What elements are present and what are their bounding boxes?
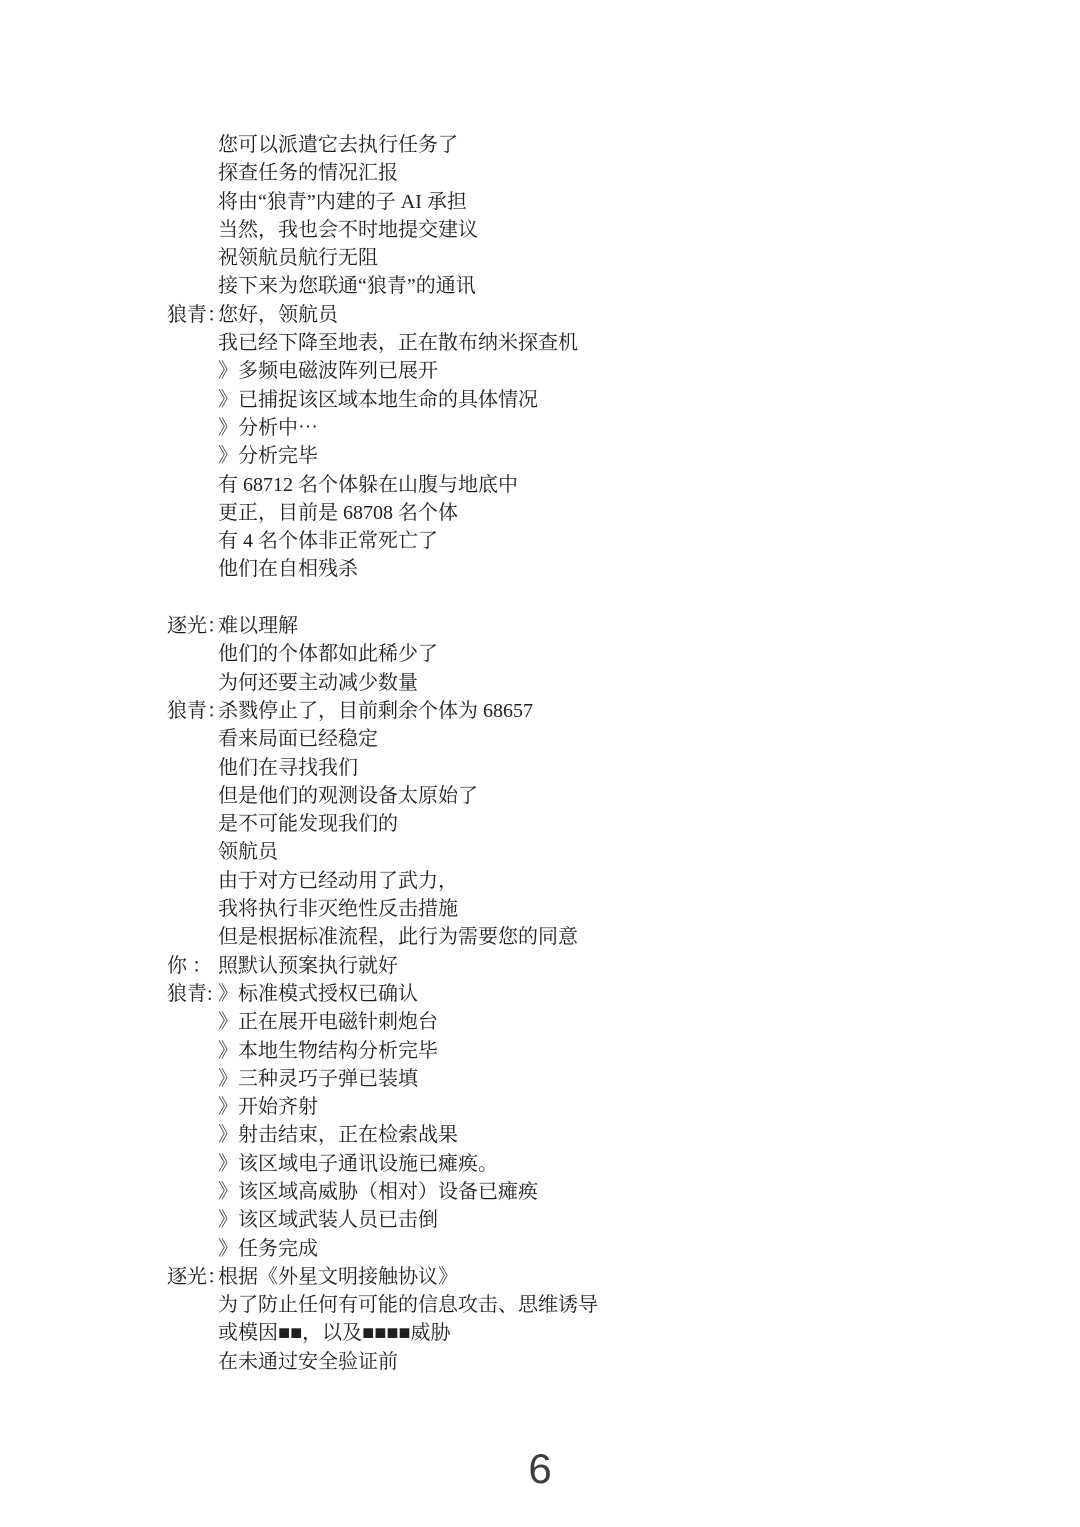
line-text: 有 68712 名个体躲在山腹与地底中 [218,471,518,499]
dialogue-line: 》该区域电子通讯设施已瘫痪。 [167,1150,598,1178]
dialogue-line: 逐光：难以理解 [167,612,598,640]
line-text: 我将执行非灭绝性反击措施 [218,895,458,923]
dialogue-line: 祝领航员航行无阻 [167,244,598,272]
document-page: 您可以派遣它去执行任务了探查任务的情况汇报将由“狼青”内建的子 AI 承担当然，… [0,0,1080,1527]
line-text: 您可以派遣它去执行任务了 [218,131,458,159]
line-text: 或模因■■，以及■■■■威胁 [218,1319,450,1347]
dialogue-line: 狼青:》标准模式授权已确认 [167,980,598,1008]
dialogue-line: 当然，我也会不时地提交建议 [167,216,598,244]
dialogue-line: 或模因■■，以及■■■■威胁 [167,1319,598,1347]
dialogue-line: 狼青：您好，领航员 [167,301,598,329]
line-text: 照默认预案执行就好 [218,952,398,980]
line-text: 探查任务的情况汇报 [218,159,398,187]
line-text: 根据《外星文明接触协议》 [218,1263,458,1291]
dialogue-line: 领航员 [167,838,598,866]
line-text: 将由“狼青”内建的子 AI 承担 [218,188,467,216]
line-text: 他们在自相残杀 [218,555,358,583]
dialogue-line: 你 ：照默认预案执行就好 [167,952,598,980]
dialogue-line: 》三种灵巧子弹已装填 [167,1065,598,1093]
speaker-label: 逐光： [167,612,218,640]
line-text: 》正在展开电磁针刺炮台 [218,1008,438,1036]
dialogue-line: 》开始齐射 [167,1093,598,1121]
line-text: 他们的个体都如此稀少了 [218,640,438,668]
dialogue-line: 》射击结束，正在检索战果 [167,1121,598,1149]
line-text: 更正，目前是 68708 名个体 [218,499,458,527]
line-text: 有 4 名个体非正常死亡了 [218,527,438,555]
line-text: 》射击结束，正在检索战果 [218,1121,458,1149]
line-text: 我已经下降至地表，正在散布纳米探查机 [218,329,578,357]
line-text: 他们在寻找我们 [218,754,358,782]
dialogue-line: 为了防止任何有可能的信息攻击、思维诱导 [167,1291,598,1319]
dialogue-line: 逐光：根据《外星文明接触协议》 [167,1263,598,1291]
dialogue-line: 》正在展开电磁针刺炮台 [167,1008,598,1036]
dialogue-line: 》该区域武装人员已击倒 [167,1206,598,1234]
line-text: 》多频电磁波阵列已展开 [218,357,438,385]
line-text: 为何还要主动减少数量 [218,669,418,697]
line-text: 领航员 [218,838,278,866]
dialogue-line: 将由“狼青”内建的子 AI 承担 [167,188,598,216]
speaker-label: 狼青: [167,980,218,1008]
line-text: 但是根据标准流程，此行为需要您的同意 [218,923,578,951]
line-text: 看来局面已经稳定 [218,725,378,753]
dialogue-line: 我将执行非灭绝性反击措施 [167,895,598,923]
dialogue-line: 看来局面已经稳定 [167,725,598,753]
line-text: 接下来为您联通“狼青”的通讯 [218,272,476,300]
line-text: 》分析完毕 [218,442,318,470]
dialogue-line: 他们的个体都如此稀少了 [167,640,598,668]
blank-line [167,584,598,612]
dialogue-text: 您可以派遣它去执行任务了探查任务的情况汇报将由“狼青”内建的子 AI 承担当然，… [167,131,598,1376]
line-text: 》已捕捉该区域本地生命的具体情况 [218,386,538,414]
line-text: 》该区域高威胁（相对）设备已瘫痪 [218,1178,538,1206]
dialogue-line: 我已经下降至地表，正在散布纳米探查机 [167,329,598,357]
dialogue-line: 有 4 名个体非正常死亡了 [167,527,598,555]
dialogue-line: 但是根据标准流程，此行为需要您的同意 [167,923,598,951]
line-text: 》任务完成 [218,1235,318,1263]
speaker-label: 狼青： [167,697,218,725]
line-text: 杀戮停止了，目前剩余个体为 68657 [218,697,533,725]
dialogue-line: 》已捕捉该区域本地生命的具体情况 [167,386,598,414]
line-text: 难以理解 [218,612,298,640]
line-text: 祝领航员航行无阻 [218,244,378,272]
dialogue-line: 有 68712 名个体躲在山腹与地底中 [167,471,598,499]
speaker-label: 逐光： [167,1263,218,1291]
dialogue-line: 但是他们的观测设备太原始了 [167,782,598,810]
dialogue-line: 》本地生物结构分析完毕 [167,1037,598,1065]
dialogue-line: 》分析完毕 [167,442,598,470]
dialogue-line: 是不可能发现我们的 [167,810,598,838]
line-text: 在未通过安全验证前 [218,1348,398,1376]
dialogue-line: 他们在寻找我们 [167,754,598,782]
dialogue-line: 》多频电磁波阵列已展开 [167,357,598,385]
line-text: 》分析中⋯ [218,414,318,442]
line-text: 》标准模式授权已确认 [218,980,418,1008]
line-text: 》开始齐射 [218,1093,318,1121]
page-number: 6 [0,1446,1080,1492]
dialogue-line: 狼青：杀戮停止了，目前剩余个体为 68657 [167,697,598,725]
speaker-label: 狼青： [167,301,218,329]
line-text: 》三种灵巧子弹已装填 [218,1065,418,1093]
dialogue-line: 他们在自相残杀 [167,555,598,583]
dialogue-line: 为何还要主动减少数量 [167,669,598,697]
dialogue-line: 》任务完成 [167,1235,598,1263]
dialogue-line: 接下来为您联通“狼青”的通讯 [167,272,598,300]
speaker-label: 你 ： [167,952,218,980]
dialogue-line: 探查任务的情况汇报 [167,159,598,187]
line-text: 当然，我也会不时地提交建议 [218,216,478,244]
line-text: 》本地生物结构分析完毕 [218,1037,438,1065]
dialogue-line: 在未通过安全验证前 [167,1348,598,1376]
dialogue-line: 》分析中⋯ [167,414,598,442]
dialogue-line: 由于对方已经动用了武力， [167,867,598,895]
line-text: 但是他们的观测设备太原始了 [218,782,478,810]
dialogue-line: 您可以派遣它去执行任务了 [167,131,598,159]
dialogue-line: 更正，目前是 68708 名个体 [167,499,598,527]
line-text: 由于对方已经动用了武力， [218,867,458,895]
line-text: 》该区域武装人员已击倒 [218,1206,438,1234]
dialogue-line: 》该区域高威胁（相对）设备已瘫痪 [167,1178,598,1206]
line-text: 是不可能发现我们的 [218,810,398,838]
line-text: 您好，领航员 [218,301,338,329]
line-text: 为了防止任何有可能的信息攻击、思维诱导 [218,1291,598,1319]
line-text: 》该区域电子通讯设施已瘫痪。 [218,1150,498,1178]
